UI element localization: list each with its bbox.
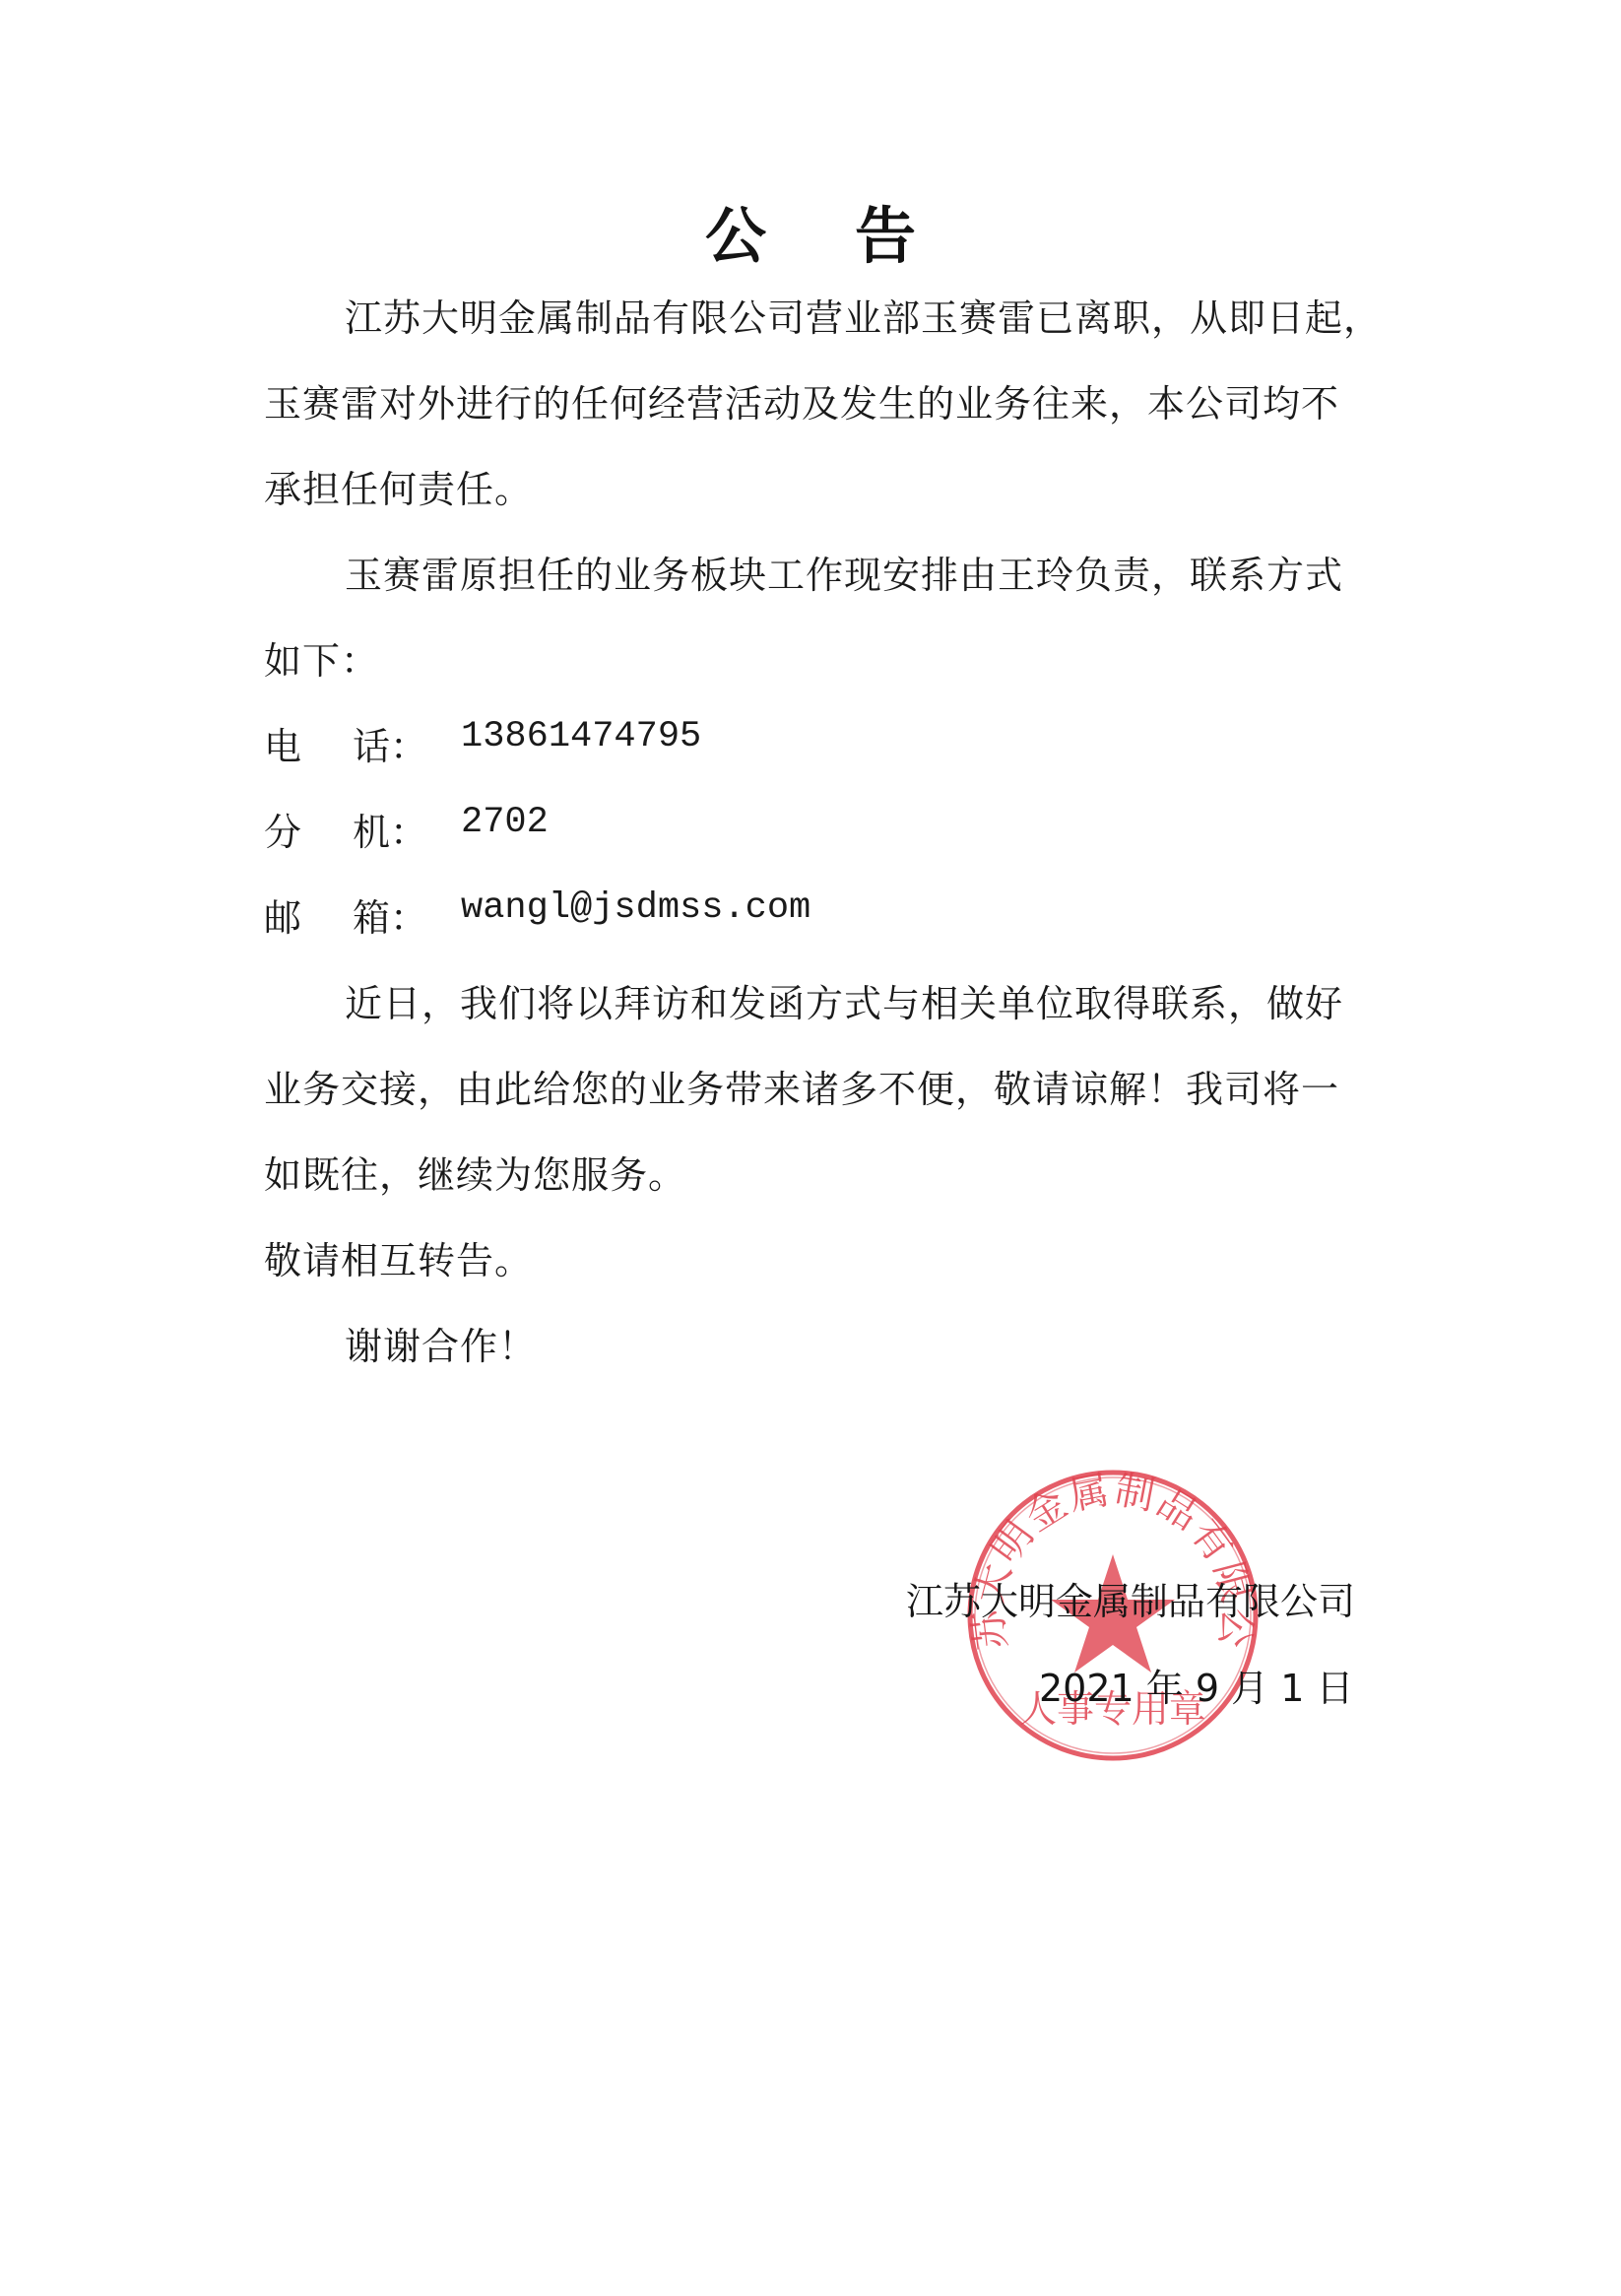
signature-company: 江苏大明金属制品有限公司 <box>906 1571 1355 1625</box>
document-page: 公告 江苏大明金属制品有限公司营业部玉赛雷已离职，从即日起， 玉赛雷对外进行的任… <box>0 0 1621 2296</box>
closing-line-3: 如既往，继续为您服务。 <box>264 1145 686 1199</box>
contact-phone-label-a: 电 <box>264 716 353 770</box>
contact-extension-label-b: 机： <box>353 802 441 856</box>
closing-line-2: 业务交接，由此给您的业务带来诸多不便，敬请谅解！我司将一 <box>264 1059 1339 1113</box>
paragraph-1-line-1: 江苏大明金属制品有限公司营业部玉赛雷已离职，从即日起， <box>345 288 1382 342</box>
paragraph-2-line-1: 玉赛雷原担任的业务板块工作现安排由王玲负责，联系方式 <box>345 545 1343 599</box>
contact-phone-label-b: 话： <box>353 716 441 770</box>
paragraph-1-line-2: 玉赛雷对外进行的任何经营活动及发生的业务往来，本公司均不 <box>264 373 1339 427</box>
paragraph-2-line-2: 如下： <box>264 630 379 685</box>
contact-email-label-b: 箱： <box>353 887 441 942</box>
contact-email-value: wangl@jsdmss.com <box>461 887 810 942</box>
contact-extension-label-a: 分 <box>264 802 353 856</box>
contact-extension-value: 2702 <box>461 802 549 856</box>
contact-extension: 分 机： 2702 <box>264 802 549 856</box>
signature-date: 2021 年 9 月 1 日 <box>1039 1658 1353 1712</box>
document-title: 公告 <box>0 187 1621 275</box>
contact-phone: 电 话： 13861474795 <box>264 716 701 770</box>
contact-phone-value: 13861474795 <box>461 716 701 770</box>
contact-email: 邮 箱： wangl@jsdmss.com <box>264 887 810 942</box>
closing-line-1: 近日，我们将以拜访和发函方式与相关单位取得联系，做好 <box>345 973 1343 1027</box>
contact-email-label-a: 邮 <box>264 887 353 942</box>
closing-notice: 敬请相互转告。 <box>264 1230 533 1284</box>
paragraph-1-line-3: 承担任何责任。 <box>264 459 533 513</box>
closing-thanks: 谢谢合作！ <box>345 1316 537 1370</box>
